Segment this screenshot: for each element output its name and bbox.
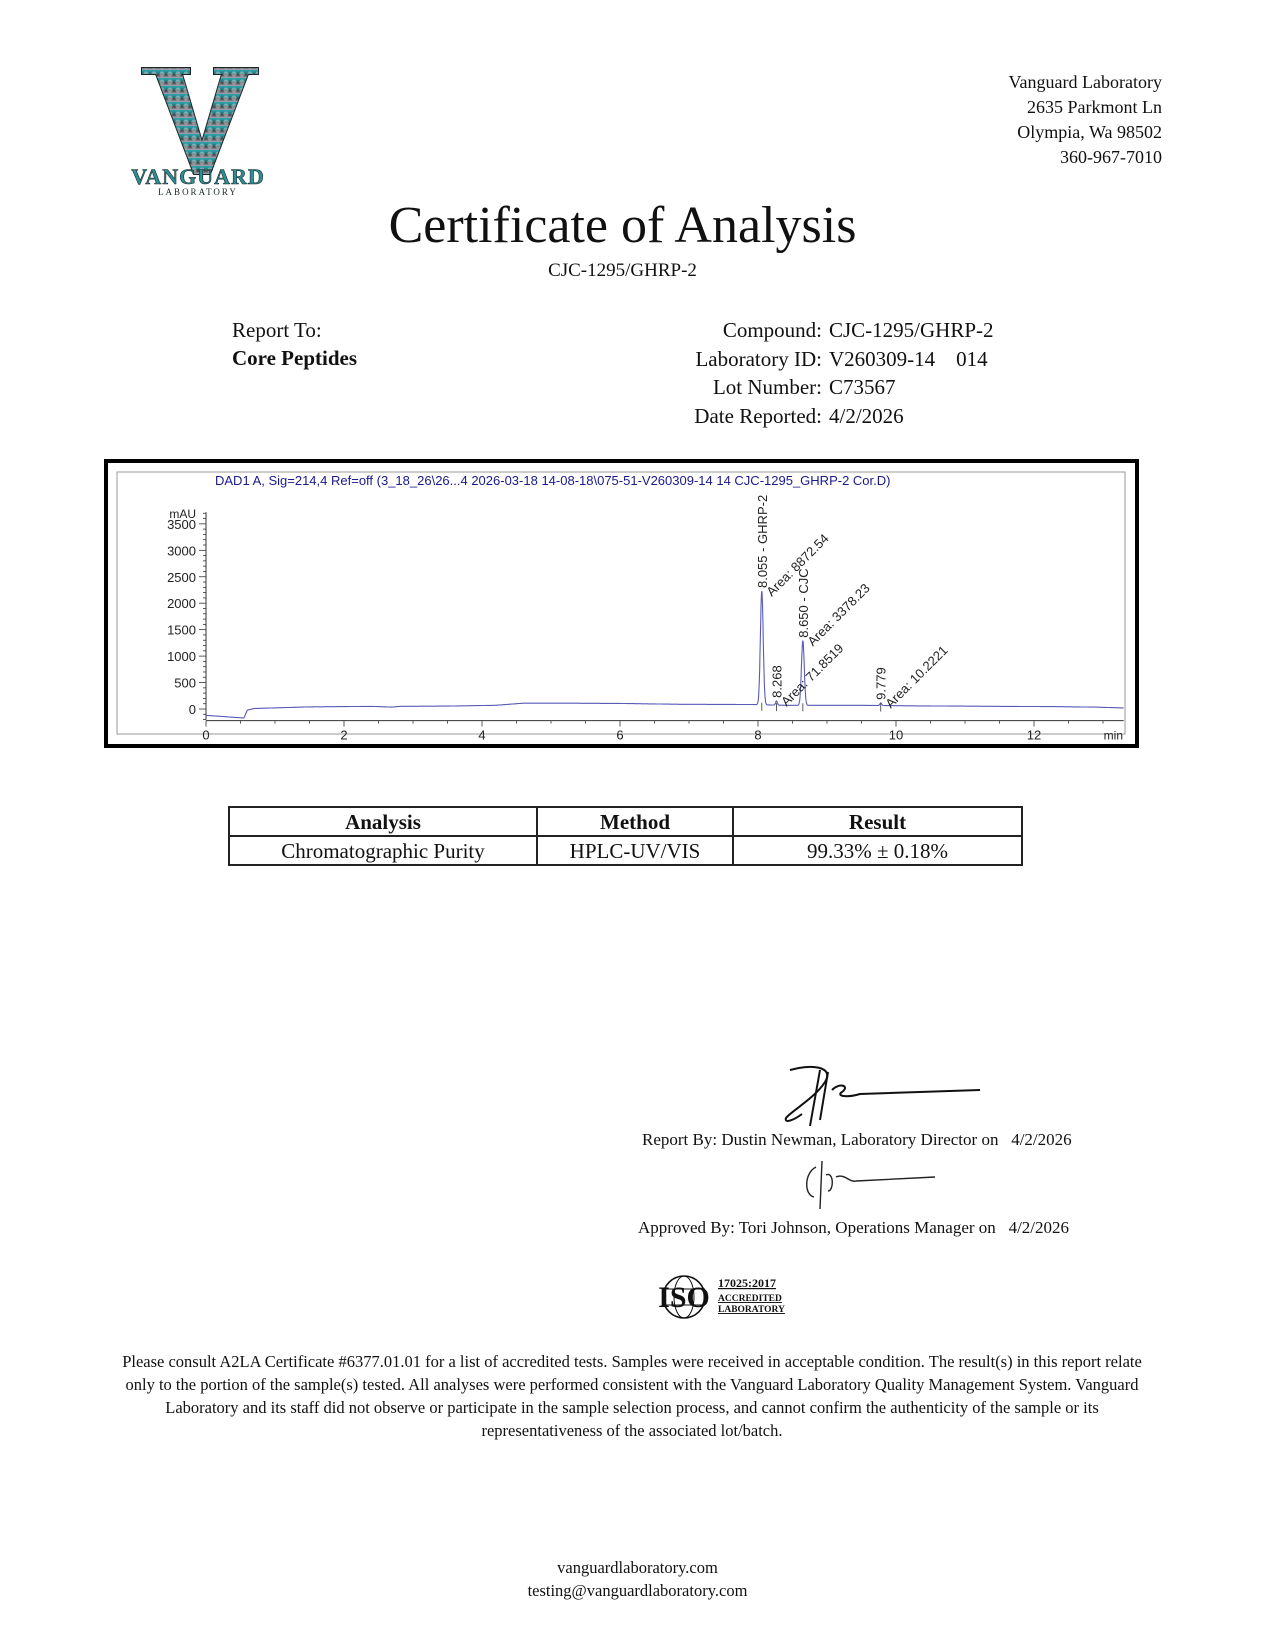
lab-city: Olympia, Wa 98502 [1009,120,1162,145]
client-name: Core Peptides [232,344,357,372]
lab-phone: 360-967-7010 [1009,145,1162,170]
meta-date-reported: Date Reported:4/2/2026 [600,402,994,431]
vanguard-logo: VANGUARD LABORATORY [118,62,283,197]
svg-text:Area: 10.2221: Area: 10.2221 [882,643,950,711]
approved-by-date: 4/2/2026 [1009,1218,1069,1237]
svg-text:6: 6 [616,728,623,743]
results-table: Analysis Method Result Chromatographic P… [228,806,1023,866]
svg-text:DAD1 A, Sig=214,4 Ref=off (3_1: DAD1 A, Sig=214,4 Ref=off (3_18_26\26...… [215,473,890,488]
svg-text:2: 2 [340,728,347,743]
col-method: Method [537,807,733,836]
svg-text:2500: 2500 [167,570,196,585]
meta-compound: Compound:CJC-1295/GHRP-2 [600,316,994,345]
col-analysis: Analysis [229,807,537,836]
table-header-row: Analysis Method Result [229,807,1022,836]
svg-text:mAU: mAU [169,507,196,521]
svg-text:1500: 1500 [167,623,196,638]
lab-address: Vanguard Laboratory 2635 Parkmont Ln Oly… [1009,70,1162,170]
svg-text:2000: 2000 [167,596,196,611]
footer: vanguardlaboratory.com testing@vanguardl… [0,1556,1275,1602]
svg-text:Area: 71.8519: Area: 71.8519 [778,641,846,709]
report-by-date: 4/2/2026 [1011,1130,1071,1149]
cell-analysis: Chromatographic Purity [229,836,537,865]
signature-operations-manager [800,1155,940,1215]
svg-text:Area: 3378.23: Area: 3378.23 [804,581,872,649]
svg-text:17025:2017: 17025:2017 [718,1276,776,1290]
svg-text:8.055 - GHRP-2: 8.055 - GHRP-2 [755,495,770,588]
chromatogram: DAD1 A, Sig=214,4 Ref=off (3_18_26\26...… [104,459,1139,748]
website-link[interactable]: vanguardlaboratory.com [0,1556,1275,1579]
svg-text:ISO: ISO [658,1281,710,1314]
sample-metadata: Compound:CJC-1295/GHRP-2 Laboratory ID:V… [600,316,994,430]
chromatogram-plot: DAD1 A, Sig=214,4 Ref=off (3_18_26\26...… [108,463,1135,744]
email-link[interactable]: testing@vanguardlaboratory.com [0,1579,1275,1602]
report-to-label: Report To: [232,316,357,344]
report-to: Report To: Core Peptides [232,316,357,372]
cell-method: HPLC-UV/VIS [537,836,733,865]
disclaimer-text: Please consult A2LA Certificate #6377.01… [112,1350,1152,1442]
report-by-line: Report By: Dustin Newman, Laboratory Dir… [642,1130,1072,1150]
svg-text:LABORATORY: LABORATORY [718,1305,785,1315]
meta-lot-number: Lot Number:C73567 [600,373,994,402]
meta-lab-id: Laboratory ID:V260309-14 014 [600,345,994,374]
iso-accreditation-badge: ISO 17025:2017 ACCREDITED LABORATORY [658,1273,808,1321]
table-row: Chromatographic Purity HPLC-UV/VIS 99.33… [229,836,1022,865]
svg-text:0: 0 [189,702,196,717]
svg-text:3000: 3000 [167,543,196,558]
svg-text:500: 500 [174,676,196,691]
approved-by-line: Approved By: Tori Johnson, Operations Ma… [638,1218,1069,1238]
document-title: Certificate of Analysis [0,196,1245,256]
col-result: Result [733,807,1022,836]
signature-director [780,1060,990,1130]
lab-name: Vanguard Laboratory [1009,70,1162,95]
svg-text:1000: 1000 [167,649,196,664]
document-subtitle: CJC-1295/GHRP-2 [0,260,1245,282]
svg-text:12: 12 [1027,728,1041,743]
svg-text:ACCREDITED: ACCREDITED [718,1294,782,1304]
svg-text:min: min [1104,729,1123,743]
svg-text:0: 0 [202,728,209,743]
svg-text:8: 8 [754,728,761,743]
svg-text:8.650 - CJC: 8.650 - CJC [796,568,811,637]
svg-text:VANGUARD: VANGUARD [131,164,265,189]
lab-street: 2635 Parkmont Ln [1009,95,1162,120]
svg-text:10: 10 [889,728,903,743]
svg-text:4: 4 [478,728,485,743]
cell-result: 99.33% ± 0.18% [733,836,1022,865]
